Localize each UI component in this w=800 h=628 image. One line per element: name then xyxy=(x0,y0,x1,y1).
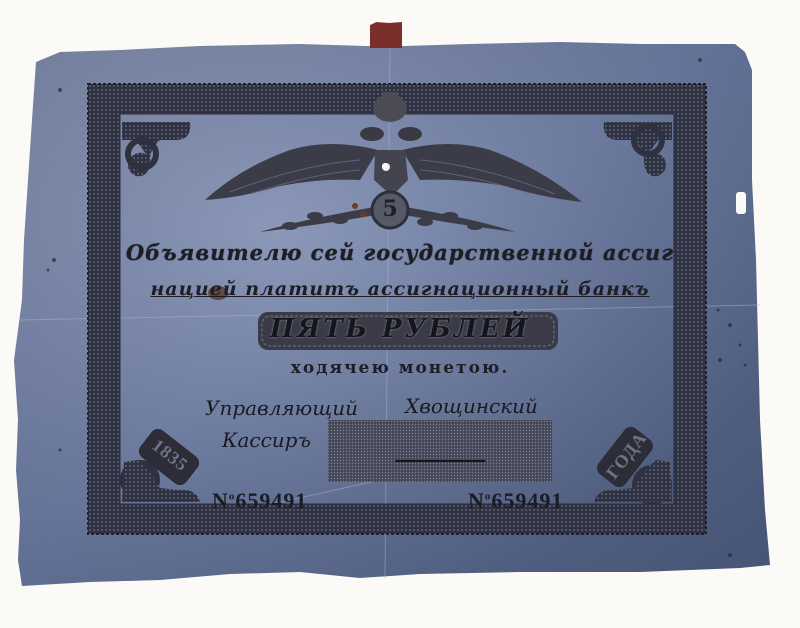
serial-number-right: Nо659491 xyxy=(468,488,563,514)
denomination-text: ПЯТЬ РУБЛЕЙ xyxy=(0,314,800,344)
serial-number-left: Nо659491 xyxy=(212,488,307,514)
numero-sign: N xyxy=(468,488,485,513)
numero-sign: N xyxy=(212,488,229,513)
promise-line-1: Объявителю сей государственной ассиг xyxy=(0,240,800,265)
manager-signature: Хвощинский xyxy=(405,394,538,418)
promise-line-2: нацией платитъ ассигнационный банкъ xyxy=(0,278,800,300)
serial-digits: 659491 xyxy=(235,488,307,513)
wax-seal-fragment xyxy=(370,22,402,48)
cashier-signature xyxy=(395,434,495,462)
manager-label: Управляющий xyxy=(205,396,358,420)
serial-digits: 659491 xyxy=(491,488,563,513)
cashier-label: Кассиръ xyxy=(222,428,311,452)
hole xyxy=(736,192,746,214)
promise-line-4: ходячею монетою. xyxy=(0,358,800,378)
emblem-numeral: 5 xyxy=(380,196,400,222)
